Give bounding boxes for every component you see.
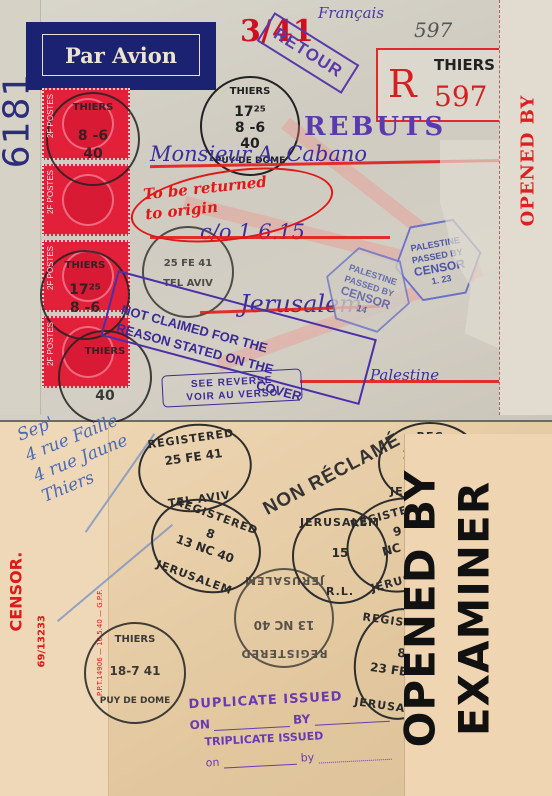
postal-cover-photo: 6181 Par Avion 3/41 RETOUR Français 597 … <box>0 0 552 796</box>
censor-tape-back-right: OPENED BY EXAMINER <box>404 434 552 796</box>
censor-serial: 69/13233 <box>37 588 48 668</box>
pencil-number: 597 <box>414 18 452 42</box>
cover-back: CENSOR. 69/13233 P.P.T.14906 — 16.5.40 —… <box>0 422 552 796</box>
registration-letter: R <box>388 62 417 106</box>
opened-by-label: OPENED BY <box>518 71 539 251</box>
censor-tape-right: OPENED BY <box>499 0 552 415</box>
examiner-label: EXAMINER <box>450 444 499 774</box>
registered-postmark: REGISTERED 13 NC 40 JERUSALEM <box>234 568 334 668</box>
par-avion-text: Par Avion <box>42 34 200 76</box>
handwritten-nationality: Français <box>318 4 384 22</box>
see-reverse-stamp: SEE REVERSE VOIR AU VERSO <box>161 368 302 407</box>
censor-label: CENSOR. <box>7 532 26 632</box>
opened-by-label: OPENED BY <box>396 444 445 774</box>
registration-number: 597 <box>434 80 487 113</box>
registration-office: THIERS <box>434 56 495 74</box>
thiers-postmark: THIERS 8 -6 40 <box>46 92 140 186</box>
registration-label: R THIERS 597 <box>376 48 508 122</box>
rebuts-stamp: REBUTS <box>304 112 446 142</box>
duplicate-issued-stamp: DUPLICATE ISSUED ON BY TRIPLICATE ISSUED… <box>188 687 392 770</box>
par-avion-label: Par Avion <box>26 22 216 90</box>
cover-front: 6181 Par Avion 3/41 RETOUR Français 597 … <box>0 0 552 422</box>
thiers-postmark: THIERS 18-7 41 PUY DE DOME <box>84 622 186 724</box>
